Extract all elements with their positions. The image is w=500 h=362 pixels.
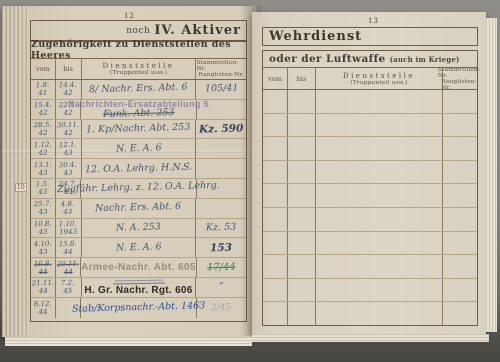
stammrollen-cell xyxy=(442,90,475,113)
entry-text: H. Gr. Nachr. Rgt. 606 xyxy=(84,285,192,296)
dienststelle-cell: 1. Kp/Nachr. Abt. 253 xyxy=(81,120,196,139)
dienststelle-cell: H. Gr. Nachr. Rgt. 606 xyxy=(81,278,196,297)
right-rows-container xyxy=(263,90,477,326)
stammrollen-cell xyxy=(442,161,475,184)
left-page-number: 12 xyxy=(124,12,135,20)
vom-cell xyxy=(263,137,287,160)
dienststelle-cell xyxy=(315,184,442,207)
stammrollen-cell: 17/44 xyxy=(196,258,246,277)
stammrollen-cell xyxy=(442,279,475,302)
vom-cell: 4.10.43 xyxy=(31,238,55,257)
col-stammrollen: Stammrollen-Nr. Ranglisten-Nr. xyxy=(442,68,475,89)
table-row xyxy=(263,232,477,256)
wehrpass-photo: 12 10 noch IV. Aktiver Zugehörigkeit zu … xyxy=(0,0,500,362)
bis-cell: 15.8.44 xyxy=(55,238,81,257)
left-subtitle-row: Zugehörigkeit zu Dienststellen des Heere… xyxy=(31,42,246,59)
bis-cell xyxy=(287,302,315,326)
bis-cell: 1.10.1943 xyxy=(55,219,81,238)
stammrollen-cell xyxy=(442,255,475,278)
right-page-number: 13 xyxy=(368,17,379,25)
col-dienststelle: Dienststelle (Truppenteil usw.) xyxy=(315,68,442,89)
bis-cell-value: 7.2.45 xyxy=(61,279,75,296)
left-service-table: Zugehörigkeit zu Dienststellen des Heere… xyxy=(30,41,247,322)
stammrollen-cell: 153 xyxy=(195,238,246,257)
vom-cell xyxy=(263,279,287,302)
bis-cell xyxy=(287,184,315,207)
vom-cell-value: 28.5.42 xyxy=(34,121,52,138)
table-row: 15.4.4222.5.42Nachrichten-Ersatzabteilun… xyxy=(31,100,246,120)
left-rows-container: 1.8.4114.4.428/ Nachr. Ers. Abt. 6105/41… xyxy=(31,80,246,318)
bottom-page-stack-left xyxy=(5,337,252,346)
table-row: 4.10.4315.8.44N. E. A. 6153 xyxy=(31,238,246,258)
stammrollen-cell xyxy=(195,199,246,218)
bottom-page-stack-right xyxy=(252,334,489,342)
vom-cell xyxy=(263,232,287,255)
vom-cell xyxy=(263,255,287,278)
stammrollen-cell: 105/41 xyxy=(195,80,246,99)
bis-cell-value: 30.4.43 xyxy=(59,160,77,177)
vom-cell-value: 1.12.42 xyxy=(34,140,52,157)
dienststelle-cell: Nachrichten-Ersatzabteilung 6Funk. Abt. … xyxy=(80,100,196,119)
stammrollen-cell xyxy=(442,114,475,137)
table-row xyxy=(263,279,477,303)
table-row xyxy=(263,208,477,232)
bis-cell xyxy=(287,137,315,160)
table-row xyxy=(263,114,477,138)
vom-cell-value: 1.8.41 xyxy=(36,81,50,98)
left-heading-box: noch IV. Aktiver xyxy=(30,20,247,41)
vom-cell: 15.4.42 xyxy=(31,100,55,119)
vom-cell xyxy=(263,90,287,113)
dienststelle-cell xyxy=(315,255,442,278)
bis-cell: 30.4.43 xyxy=(55,159,81,178)
table-row: 13.1.4330.4.4312. O.A. Lehrg. H.N.S. xyxy=(31,159,246,179)
bis-cell: 30.11.42 xyxy=(55,120,81,139)
vom-cell-value: 4.10.43 xyxy=(34,239,52,256)
table-row: 21.11.447.2.45H. Gr. Nachr. Rgt. 606” xyxy=(31,278,246,298)
dienststelle-cell: Nachr. Ers. Abt. 6 xyxy=(81,199,196,218)
vom-cell xyxy=(263,208,287,231)
col-dienststelle: Dienststelle (Truppenteil usw.) xyxy=(81,59,196,79)
stammrollen-cell xyxy=(442,232,475,255)
vom-cell xyxy=(263,184,287,207)
vom-cell-value: 10.8.43 xyxy=(34,220,52,237)
bis-cell: 12.1.43 xyxy=(55,139,81,158)
stammrollen-cell xyxy=(442,208,475,231)
left-subtitle: Zugehörigkeit zu Dienststellen des Heere… xyxy=(31,39,246,61)
dienststelle-cell xyxy=(315,302,442,326)
vom-cell-value: 25.7.43 xyxy=(34,200,52,217)
stammrollen-cell xyxy=(195,139,246,158)
entry-text: Armee-Nachr. Abt. 605 xyxy=(81,262,196,273)
vom-cell-value: 13.1.43 xyxy=(34,160,52,177)
bis-cell xyxy=(287,114,315,137)
col-vom: vom xyxy=(263,68,287,89)
stammrollen-value: 2/45 xyxy=(211,302,231,313)
bis-cell-value: 15.8.44 xyxy=(59,239,77,256)
bis-cell xyxy=(287,161,315,184)
right-subtitle: oder der Luftwaffe xyxy=(269,53,386,65)
entry-text-secondary: Funk. Abt. 253 xyxy=(103,108,175,120)
stammrollen-value: Kz. 53 xyxy=(206,223,236,234)
dienststelle-cell xyxy=(315,232,442,255)
bis-cell-value: 20.11.44 xyxy=(56,259,79,276)
dienststelle-cell: N. E. A. 6 xyxy=(81,238,196,257)
col-stammrollen: Stammrollen-Nr. Ranglisten-Nr. xyxy=(195,59,246,79)
vom-cell: 1.8.41 xyxy=(31,80,55,99)
table-row xyxy=(263,137,477,161)
bis-cell-value: 1.10.1943 xyxy=(59,220,77,237)
entry-text: 1. Kp/Nachr. Abt. 253 xyxy=(86,123,191,136)
vom-cell xyxy=(263,161,287,184)
stammrollen-value: 105/41 xyxy=(204,84,238,95)
bis-cell xyxy=(287,232,315,255)
right-column-header: vom bis Dienststelle (Truppenteil usw.) … xyxy=(263,68,477,90)
dienststelle-cell xyxy=(315,114,442,137)
entry-text: N. E. A. 6 xyxy=(116,143,162,154)
bis-cell: 7.2.45 xyxy=(55,278,81,297)
vom-cell: 16.8.44 xyxy=(31,258,55,277)
right-page-stack-edge xyxy=(486,18,497,332)
col-bis: bis xyxy=(287,68,315,89)
sheet-margin-mark: 10 xyxy=(15,183,27,192)
table-row: 1.5.4324.7.43Zugführ. Lehrg. z. 12. O.A.… xyxy=(31,179,246,199)
dienststelle-cell: N. A. 253 xyxy=(81,219,196,238)
dienststelle-cell xyxy=(315,208,442,231)
heading-aktiver: IV. Aktiver xyxy=(154,23,241,38)
table-row: 16.8.4420.11.44Armee-Nachr. Abt. 60517/4… xyxy=(31,258,246,278)
dienststelle-cell xyxy=(315,90,442,113)
bis-cell-value: 14.4.42 xyxy=(59,81,77,98)
vom-cell: 1.12.42 xyxy=(31,139,55,158)
bis-cell xyxy=(287,279,315,302)
vom-cell: 28.5.42 xyxy=(31,120,55,139)
vom-cell-value: 8.12.44 xyxy=(34,299,52,316)
stammrollen-cell xyxy=(442,184,475,207)
right-subtitle-paren: (auch im Kriege) xyxy=(390,55,460,64)
entry-text: 8/ Nachr. Ers. Abt. 6 xyxy=(89,83,188,96)
vom-cell: 1.5.43 xyxy=(31,179,55,198)
dienststelle-cell: Armee-Nachr. Abt. 605 xyxy=(80,258,196,277)
entry-text: Stab/Korpsnachr.-Abt. 1463 xyxy=(72,300,206,314)
table-row: 25.7.434.8.43Nachr. Ers. Abt. 6 xyxy=(31,199,246,219)
right-subtitle-row: oder der Luftwaffe (auch im Kriege) xyxy=(263,51,477,68)
dienststelle-cell: 12. O.A. Lehrg. H.N.S. xyxy=(81,159,196,178)
table-row: 1.8.4114.4.428/ Nachr. Ers. Abt. 6105/41 xyxy=(31,80,246,100)
entry-text: Nachr. Ers. Abt. 6 xyxy=(95,202,181,214)
table-row: 1.12.4212.1.43N. E. A. 6 xyxy=(31,139,246,159)
dienststelle-cell: Zugführ. Lehrg. z. 12. O.A. Lehrg. xyxy=(80,179,196,198)
stammrollen-cell: Kz. 590 xyxy=(195,120,246,139)
table-row xyxy=(263,184,477,208)
table-row xyxy=(263,255,477,279)
stammrollen-cell: ” xyxy=(195,278,246,297)
struck-scribble xyxy=(112,278,164,284)
table-row xyxy=(263,161,477,185)
dienststelle-cell xyxy=(315,279,442,302)
entry-text: N. A. 253 xyxy=(116,222,161,233)
left-column-header: vom bis Dienststelle (Truppenteil usw.) … xyxy=(31,59,246,80)
stammrollen-cell xyxy=(442,137,475,160)
bis-cell xyxy=(287,90,315,113)
entry-text: N. E. A. 6 xyxy=(116,242,162,253)
bis-cell: 20.11.44 xyxy=(55,258,81,277)
vom-cell-value: 15.4.42 xyxy=(34,101,52,118)
stammrollen-cell xyxy=(195,159,246,178)
stammrollen-value: Kz. 590 xyxy=(199,122,244,135)
left-page-fore-edge xyxy=(2,6,28,337)
table-row: 8.12.44Stab/Korpsnachr.-Abt. 14632/45 xyxy=(31,298,246,318)
bis-cell xyxy=(287,255,315,278)
table-row xyxy=(263,302,477,326)
right-heading-box: Wehrdienst xyxy=(262,27,478,46)
bis-cell-value: 30.11.42 xyxy=(57,121,80,138)
dienststelle-cell xyxy=(315,137,442,160)
table-row: 10.8.431.10.1943N. A. 253Kz. 53 xyxy=(31,219,246,239)
vom-cell xyxy=(263,302,287,326)
vom-cell: 10.8.43 xyxy=(31,219,55,238)
dienststelle-cell: N. E. A. 6 xyxy=(81,139,196,158)
stammrollen-cell: Kz. 53 xyxy=(195,219,246,238)
vom-cell-value: 1.5.43 xyxy=(36,180,50,197)
col-bis: bis xyxy=(55,59,81,79)
vom-cell: 25.7.43 xyxy=(31,199,55,218)
stammrollen-value: 17/44 xyxy=(207,262,236,274)
bis-cell-value: 12.1.43 xyxy=(59,140,77,157)
dienststelle-cell: 8/ Nachr. Ers. Abt. 6 xyxy=(81,80,196,99)
table-row: 28.5.4230.11.421. Kp/Nachr. Abt. 253Kz. … xyxy=(31,120,246,140)
vom-cell-value: 21.11.44 xyxy=(31,279,54,296)
bis-cell-value: 4.8.43 xyxy=(61,200,75,217)
vom-cell-value: 16.8.44 xyxy=(34,259,52,276)
entry-text: 12. O.A. Lehrg. H.N.S. xyxy=(85,162,192,175)
heading-wehrdienst: Wehrdienst xyxy=(269,29,362,44)
heading-noch: noch xyxy=(126,26,150,36)
stammrollen-value: ” xyxy=(219,282,224,292)
stammrollen-cell xyxy=(442,302,475,326)
stammrollen-value: 153 xyxy=(210,241,232,254)
bis-cell: 4.8.43 xyxy=(55,199,81,218)
dienststelle-cell: Stab/Korpsnachr.-Abt. 1463 xyxy=(80,298,196,318)
table-row xyxy=(263,90,477,114)
dienststelle-cell xyxy=(315,161,442,184)
bis-cell: 14.4.42 xyxy=(55,80,81,99)
vom-cell: 13.1.43 xyxy=(31,159,55,178)
col-vom: vom xyxy=(31,59,55,79)
vom-cell: 8.12.44 xyxy=(31,298,55,318)
vom-cell xyxy=(263,114,287,137)
right-service-table: oder der Luftwaffe (auch im Kriege) vom … xyxy=(262,50,478,326)
bis-cell xyxy=(287,208,315,231)
vom-cell: 21.11.44 xyxy=(31,278,55,297)
